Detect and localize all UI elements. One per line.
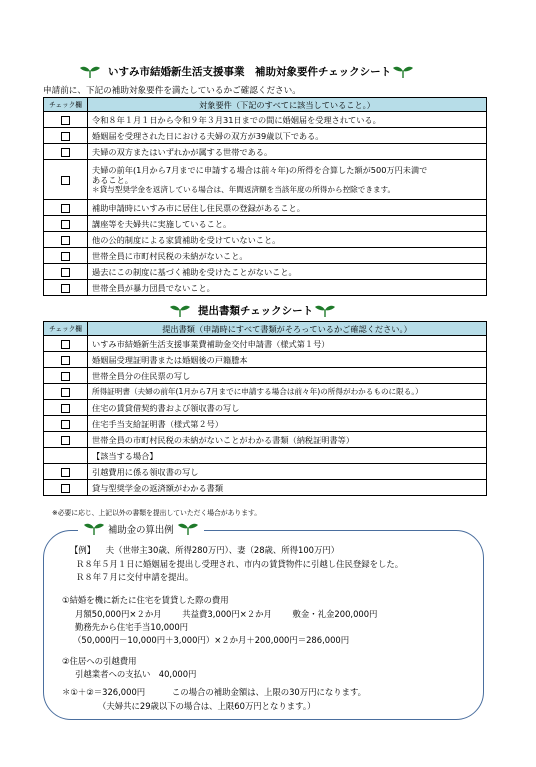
example-line1: Ｒ８年５月１日に婚姻届を提出し受理され、市内の賃貸物件に引越し住民登録をした。 (76, 559, 403, 570)
document-text: いすみ市結婚新生活支援事業費補助金交付申請書（様式第１号） (88, 336, 487, 352)
item1-formula: （50,000円－10,000円＋3,000円）×２か月＋200,000円＝28… (73, 635, 349, 646)
checkbox-icon[interactable] (61, 204, 70, 213)
table-row: 婚姻届受理証明書または婚姻後の戸籍謄本 (44, 352, 487, 368)
table-row: 世帯全員分の住民票の写し (44, 368, 487, 384)
document-text: 所得証明書（夫婦の前年(1月から7月までに申請する場合は前々年)の所得がわかるも… (88, 384, 487, 400)
requirement-note: ＊貸与型奨学金を返済している場合は、年間返済額を当該年度の所得から控除できます。 (92, 185, 482, 195)
result-text: この場合の補助金額は、上限の30万円になります。 (172, 687, 366, 697)
table-row: 住宅の賃貸借契約書および領収書の写し (44, 400, 487, 416)
requirement-text: 世帯全員に市町村民税の未納がないこと。 (88, 248, 487, 264)
document-text: 婚姻届受理証明書または婚姻後の戸籍謄本 (88, 352, 487, 368)
checkbox-icon[interactable] (61, 340, 70, 349)
section3-title: 補助金の算出例 (108, 522, 174, 536)
checkbox-icon[interactable] (61, 420, 70, 429)
checkbox-icon[interactable] (61, 132, 70, 141)
item1-deposit: 敷金・礼金200,000円 (293, 609, 378, 619)
requirement-text: 講座等を夫婦共に実施していること。 (88, 216, 487, 232)
document-text: 住宅の賃貸借契約書および領収書の写し (88, 400, 487, 416)
document-text: 引越費用に係る領収書の写し (88, 464, 487, 480)
section1-title-row: いすみ市結婚新生活支援事業 補助対象要件チェックシート (80, 64, 413, 79)
table-row: 世帯全員が暴力団員でないこと。 (44, 280, 487, 296)
sprout-icon (170, 304, 190, 318)
example-label: 【例】 (70, 545, 95, 555)
table-row: 夫婦の前年(1月から7月までに申請する場合は前々年)の所得を合算した額が500万… (44, 160, 487, 200)
subheader-text: 【該当する場合】 (88, 448, 487, 464)
header-item: 提出書類（申請時にすべて書類がそろっているかご確認ください。） (88, 322, 487, 336)
item1-title: ①結婚を機に新たに住宅を賃貸した際の費用 (62, 595, 229, 606)
item2-title: ②住居への引越費用 (62, 656, 137, 667)
section3-title-row: 補助金の算出例 (78, 522, 204, 536)
checkbox-icon[interactable] (61, 468, 70, 477)
checkbox-icon[interactable] (61, 116, 70, 125)
checkbox-icon[interactable] (61, 484, 70, 493)
document-text: 住宅手当支給証明書（様式第２号） (88, 416, 487, 432)
checkbox-icon[interactable] (61, 388, 70, 397)
table-row: 世帯全員の市町村民税の未納がないことがわかる書類（納税証明書等） (44, 432, 487, 448)
checkbox-icon[interactable] (61, 284, 70, 293)
checkbox-icon[interactable] (61, 436, 70, 445)
requirement-text: 夫婦の前年(1月から7月までに申請する場合は前々年)の所得を合算した額が500万… (92, 165, 482, 175)
sprout-icon (178, 522, 198, 536)
checkbox-icon[interactable] (61, 220, 70, 229)
checkbox-icon[interactable] (61, 252, 70, 261)
table-row: 夫婦の双方またはいずれかが属する世帯である。 (44, 144, 487, 160)
table-row: 講座等を夫婦共に実施していること。 (44, 216, 487, 232)
checkbox-icon[interactable] (61, 356, 70, 365)
table-row: いすみ市結婚新生活支援事業費補助金交付申請書（様式第１号） (44, 336, 487, 352)
table-row: 令和８年１月１日から令和９年３月31日までの間に婚姻届を受理されている。 (44, 112, 487, 128)
item1-rent: 月額50,000円×２か月 (75, 609, 162, 619)
document-text: 世帯全員分の住民票の写し (88, 368, 487, 384)
table-row: 引越費用に係る領収書の写し (44, 464, 487, 480)
table-row: 他の公的制度による家賃補助を受けていないこと。 (44, 232, 487, 248)
table-header: チェック欄 対象要件（下記のすべてに該当していること。） (44, 98, 487, 112)
table-row: 貸与型奨学金の返済額がわかる書類 (44, 480, 487, 496)
example-line2: Ｒ８年７月に交付申請を提出。 (76, 572, 193, 583)
header-item: 対象要件（下記のすべてに該当していること。） (88, 98, 487, 112)
section1-intro: 申請前に、下記の補助対象要件を満たしているかご確認ください。 (43, 84, 301, 96)
table-row: 所得証明書（夫婦の前年(1月から7月までに申請する場合は前々年)の所得がわかるも… (44, 384, 487, 400)
requirement-text: 令和８年１月１日から令和９年３月31日までの間に婚姻届を受理されている。 (88, 112, 487, 128)
header-check: チェック欄 (44, 98, 88, 112)
example-line: 【例】 夫（世帯主30歳、所得280万円）、妻（28歳、所得100万円） (70, 545, 339, 556)
sprout-icon (393, 65, 413, 79)
sprout-icon (315, 304, 335, 318)
section2-title-row: 提出書類チェックシート (170, 303, 335, 318)
table-row: 世帯全員に市町村民税の未納がないこと。 (44, 248, 487, 264)
example-people: 夫（世帯主30歳、所得280万円）、妻（28歳、所得100万円） (106, 545, 339, 555)
documents-note: ※必要に応じ、上記以外の書類を提出していただく場合があります。 (52, 507, 261, 517)
item2-detail: 引越業者への支払い 40,000円 (75, 669, 196, 680)
requirement-text: 補助申請時にいすみ市に居住し住民票の登録があること。 (88, 200, 487, 216)
total-amount: ＊①＋②＝326,000円 (62, 687, 145, 697)
section2-title: 提出書類チェックシート (198, 303, 313, 318)
document-text: 貸与型奨学金の返済額がわかる書類 (88, 480, 487, 496)
sprout-icon (80, 65, 100, 79)
document-text: 世帯全員の市町村民税の未納がないことがわかる書類（納税証明書等） (88, 432, 487, 448)
item1-common: 共益費3,000円×２か月 (182, 609, 272, 619)
checkbox-icon[interactable] (61, 268, 70, 277)
result-note: （夫婦共に29歳以下の場合は、上限60万円となります。） (98, 701, 315, 712)
checkbox-icon[interactable] (61, 372, 70, 381)
table-header: チェック欄 提出書類（申請時にすべて書類がそろっているかご確認ください。） (44, 322, 487, 336)
header-check: チェック欄 (44, 322, 88, 336)
requirement-text: 世帯全員が暴力団員でないこと。 (88, 280, 487, 296)
section1-title: いすみ市結婚新生活支援事業 補助対象要件チェックシート (108, 64, 391, 79)
checkbox-icon[interactable] (61, 176, 70, 185)
table-subheader-row: 【該当する場合】 (44, 448, 487, 464)
requirement-text: 夫婦の双方またはいずれかが属する世帯である。 (88, 144, 487, 160)
requirements-table: チェック欄 対象要件（下記のすべてに該当していること。） 令和８年１月１日から令… (43, 97, 487, 296)
checkbox-icon[interactable] (61, 236, 70, 245)
requirement-text-cont: あること。 (92, 175, 482, 185)
total-line: ＊①＋②＝326,000円 この場合の補助金額は、上限の30万円になります。 (62, 687, 366, 698)
documents-table: チェック欄 提出書類（申請時にすべて書類がそろっているかご確認ください。） いす… (43, 321, 487, 496)
item1-allowance: 勤務先から住宅手当10,000円 (75, 622, 188, 633)
requirement-text: 他の公的制度による家賃補助を受けていないこと。 (88, 232, 487, 248)
requirement-text: 婚姻届を受理された日における夫婦の双方が39歳以下である。 (88, 128, 487, 144)
table-row: 補助申請時にいすみ市に居住し住民票の登録があること。 (44, 200, 487, 216)
checkbox-icon[interactable] (61, 404, 70, 413)
sprout-icon (84, 522, 104, 536)
item1-costs: 月額50,000円×２か月 共益費3,000円×２か月 敷金・礼金200,000… (75, 609, 377, 620)
checkbox-icon[interactable] (61, 148, 70, 157)
table-row: 婚姻届を受理された日における夫婦の双方が39歳以下である。 (44, 128, 487, 144)
table-row: 住宅手当支給証明書（様式第２号） (44, 416, 487, 432)
table-row: 過去にこの制度に基づく補助を受けたことがないこと。 (44, 264, 487, 280)
requirement-text: 過去にこの制度に基づく補助を受けたことがないこと。 (88, 264, 487, 280)
